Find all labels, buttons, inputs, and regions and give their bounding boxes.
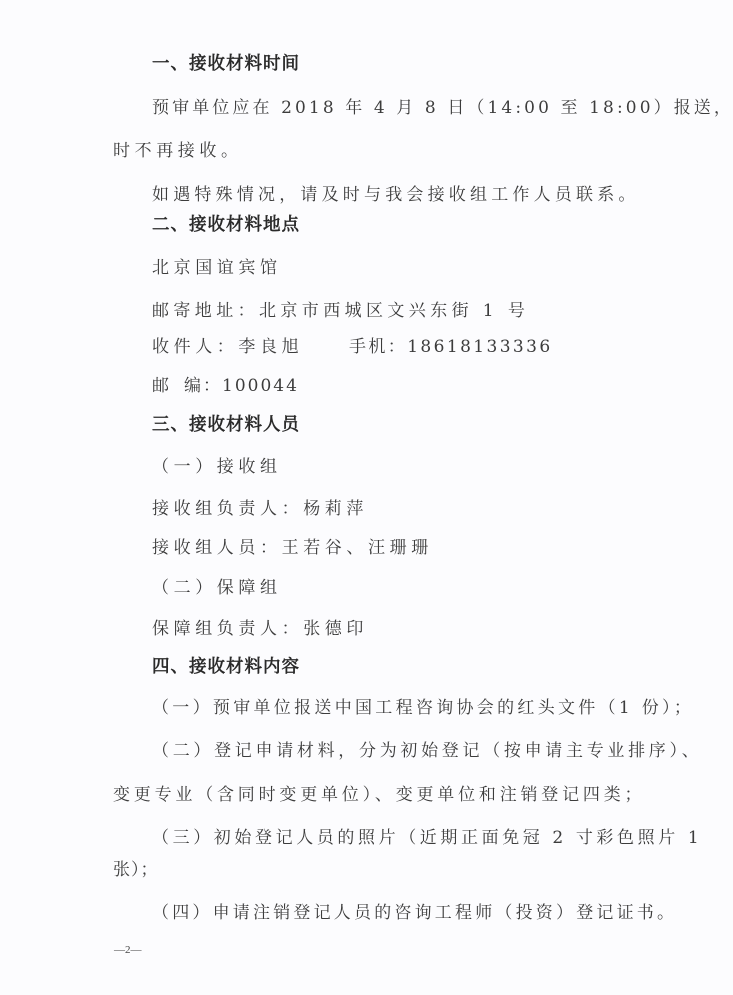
content-item-3: （三）初始登记人员的照片（近期正面免冠 2 寸彩色照片 1: [152, 826, 702, 850]
paragraph-line: 时不再接收。: [113, 139, 243, 163]
section-heading-3: 三、接收材料人员: [152, 413, 300, 437]
content-item-2-continued: 变更专业（含同时变更单位）、变更单位和注销登记四类；: [113, 783, 645, 807]
content-item-1: （一）预审单位报送中国工程咨询协会的红头文件（1 份）；: [152, 696, 694, 720]
support-group-leader: 保障组负责人：张德印: [152, 617, 368, 641]
content-item-4: （四）申请注销登记人员的咨询工程师（投资）登记证书。: [152, 901, 677, 925]
content-item-3-continued: 张）；: [113, 858, 159, 882]
page-number: —2—: [114, 944, 142, 956]
section-heading-4: 四、接收材料内容: [152, 655, 300, 679]
postcode-value: 编：100044: [184, 374, 299, 398]
recipient-name: 收件人：李良旭: [152, 335, 303, 359]
section-heading-1: 一、接收材料时间: [152, 52, 300, 76]
receiving-group-leader: 接收组负责人：杨莉萍: [152, 497, 368, 521]
recipient-phone: 手机：18618133336: [349, 335, 553, 359]
paragraph-line: 如遇特殊情况，请及时与我会接收组工作人员联系。: [152, 183, 640, 207]
paragraph-line: 预审单位应在 2018 年 4 月 8 日（14:00 至 18:00）报送，过: [152, 96, 733, 120]
mailing-address: 邮寄地址：北京市西城区文兴东街 1 号: [152, 299, 529, 323]
content-item-2: （二）登记申请材料，分为初始登记（按申请主专业排序）、: [152, 739, 702, 763]
subsection-support-group: （二）保障组: [152, 576, 282, 600]
receiving-group-members: 接收组人员：王若谷、汪珊珊: [152, 536, 433, 560]
venue-name: 北京国谊宾馆: [152, 256, 282, 280]
postcode-label: 邮: [152, 374, 174, 398]
section-heading-2: 二、接收材料地点: [152, 213, 300, 237]
document-page: 一、接收材料时间 预审单位应在 2018 年 4 月 8 日（14:00 至 1…: [0, 0, 733, 995]
subsection-receiving-group: （一）接收组: [152, 455, 282, 479]
